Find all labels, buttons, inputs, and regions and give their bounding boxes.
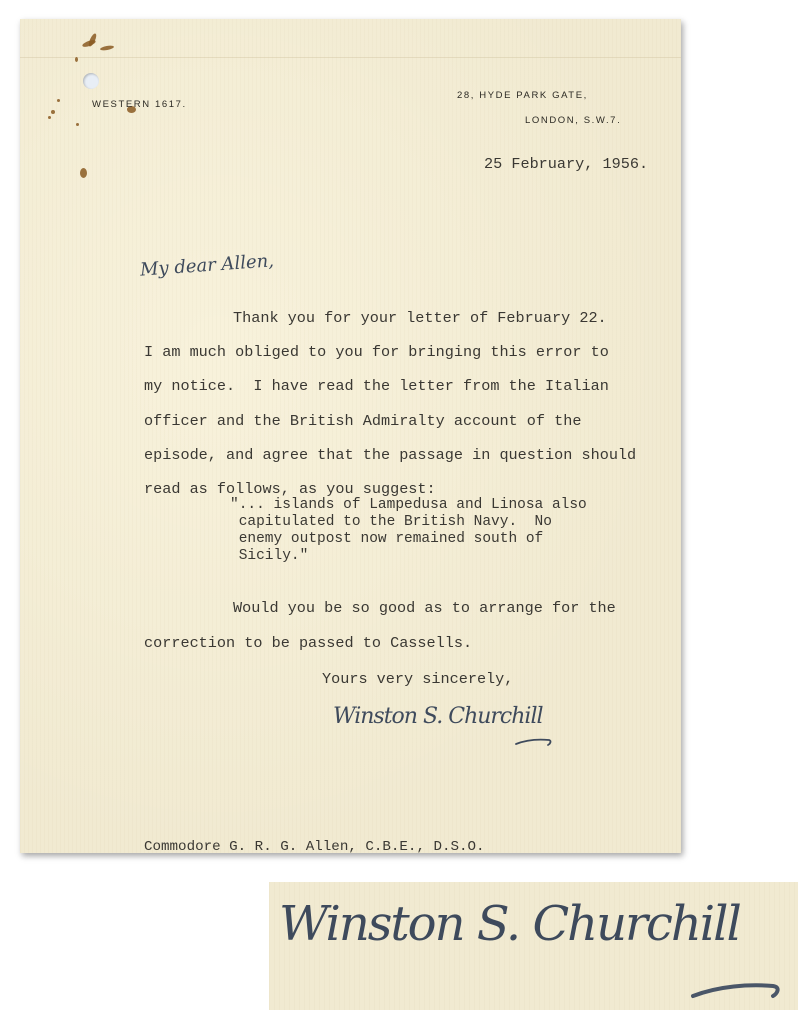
signature-enlarged: Winston S. Churchill [279, 896, 740, 952]
body-line: episode, and agree that the passage in q… [144, 446, 636, 464]
quote-line: "... islands of Lampedusa and Linosa als… [230, 497, 587, 514]
signature-flourish [514, 734, 554, 748]
ink-stain [76, 123, 79, 126]
ink-stain [100, 45, 114, 51]
ink-stain [80, 168, 87, 178]
body-line: Would you be so good as to arrange for t… [233, 599, 616, 617]
salutation: My dear Allen, [139, 250, 274, 280]
valediction: Yours very sincerely, [322, 670, 513, 688]
letter-sheet: WESTERN 1617. 28, HYDE PARK GATE, LONDON… [20, 19, 681, 853]
quoted-passage: "... islands of Lampedusa and Linosa als… [230, 497, 587, 565]
body-line: I am much obliged to you for bringing th… [144, 343, 609, 361]
fold-line [20, 57, 681, 58]
quote-line: capitulated to the British Navy. No [230, 514, 587, 531]
body-line: my notice. I have read the letter from t… [144, 377, 609, 395]
punch-hole [83, 73, 99, 89]
recipient-line: Commodore G. R. G. Allen, C.B.E., D.S.O. [144, 839, 485, 855]
letterhead-telephone: WESTERN 1617. [92, 99, 187, 110]
ink-stain [57, 99, 60, 102]
body-line: read as follows, as you suggest: [144, 480, 436, 498]
ink-stain [48, 116, 51, 119]
body-line: officer and the British Admiralty accoun… [144, 412, 581, 430]
signature: Winston S. Churchill [333, 704, 543, 729]
ink-stain [75, 57, 78, 62]
letterhead-address-line1: 28, HYDE PARK GATE, [457, 90, 588, 101]
quote-line: Sicily." [230, 548, 587, 565]
letterhead-address-line2: LONDON, S.W.7. [525, 115, 621, 126]
letter-date: 25 February, 1956. [484, 155, 648, 173]
signature-flourish-enlarged [689, 974, 789, 1004]
ink-stain [87, 33, 97, 48]
body-line: correction to be passed to Cassells. [144, 634, 472, 652]
quote-line: enemy outpost now remained south of [230, 531, 587, 548]
body-line: Thank you for your letter of February 22… [233, 309, 607, 327]
ink-stain [51, 110, 55, 114]
signature-inset: Winston S. Churchill [269, 882, 798, 1010]
